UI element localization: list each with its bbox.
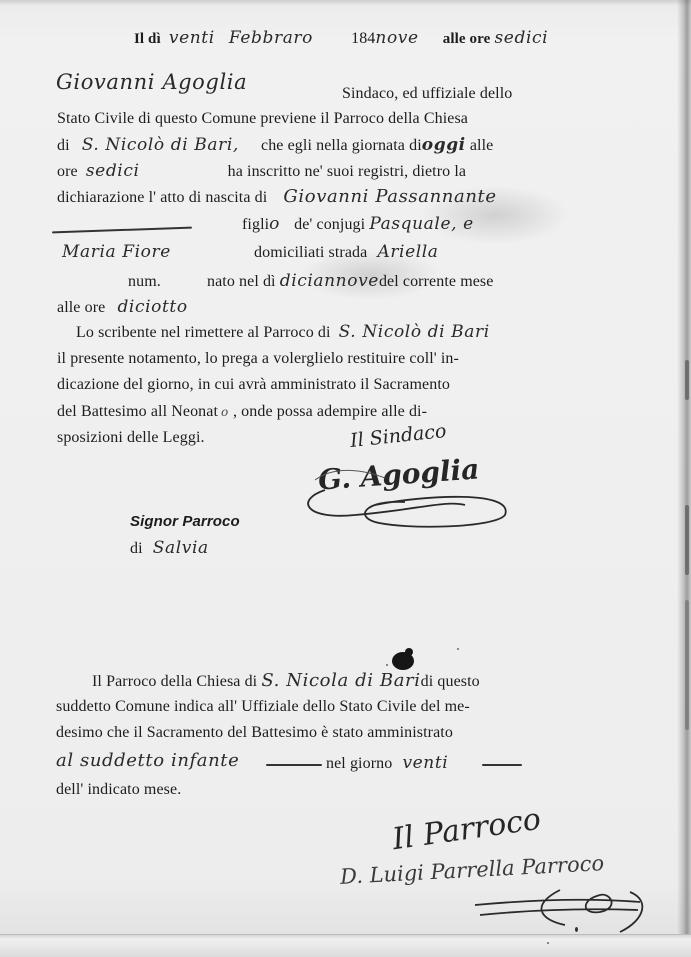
request-handwritten: o bbox=[221, 405, 229, 419]
notice-handwritten: o bbox=[269, 214, 280, 234]
header-year-suffix: nove bbox=[375, 28, 418, 48]
return-text: Il Parroco della Chiesa di bbox=[92, 673, 257, 690]
child-name: Giovanni Passannante bbox=[283, 186, 496, 207]
header-month: Febbraro bbox=[229, 28, 313, 48]
header-date-line: Il dì venti Febbraro 184nove alle ore se… bbox=[134, 28, 548, 49]
request-text: , onde possa adempire alle di- bbox=[233, 403, 427, 420]
notice-text: di bbox=[57, 137, 70, 154]
request-line-2: il presente notamento, lo prega a volerg… bbox=[57, 349, 459, 369]
notice-text: figli bbox=[242, 216, 269, 233]
registration-hour: sedici bbox=[86, 161, 140, 181]
return-line-5: dell' indicato mese. bbox=[56, 780, 181, 800]
return-text: suddetto Comune indica all' Uffiziale de… bbox=[56, 698, 470, 715]
notice-text: alle ore bbox=[57, 299, 105, 316]
mother-name: Maria Fiore bbox=[62, 242, 171, 262]
signature-flourish-icon bbox=[470, 880, 650, 940]
priest-signature-title: Il Parroco bbox=[390, 802, 543, 857]
request-text: Lo scribente nel rimettere al Parroco di bbox=[76, 324, 331, 341]
notice-line-7a: Maria Fiore bbox=[62, 242, 171, 263]
header-hour-label: alle ore bbox=[443, 31, 491, 47]
ink-speck bbox=[386, 664, 388, 666]
header-year-prefix: 184 bbox=[351, 30, 375, 47]
notice-line-5: dichiarazione l' atto di nascita di Giov… bbox=[57, 187, 497, 208]
request-text: il presente notamento, lo prega a volerg… bbox=[57, 350, 459, 367]
dash-stroke bbox=[266, 764, 322, 766]
request-text: dicazione del giorno, in cui avrà ammini… bbox=[57, 376, 450, 393]
header-prefix: Il dì bbox=[134, 31, 161, 47]
page-edge-tear bbox=[685, 600, 689, 730]
request-line-5: sposizioni delle Leggi. bbox=[57, 428, 205, 448]
notice-text: nato nel dì bbox=[207, 273, 276, 290]
scanned-document-page: Il dì venti Febbraro 184nove alle ore se… bbox=[0, 0, 691, 957]
dash-stroke bbox=[52, 227, 192, 234]
notice-text: Stato Civile di questo Comune previene i… bbox=[57, 110, 468, 127]
return-text: nel giorno bbox=[326, 755, 392, 772]
request-text: sposizioni delle Leggi. bbox=[57, 429, 205, 446]
street-name: Ariella bbox=[377, 242, 438, 262]
header-day: venti bbox=[169, 28, 215, 48]
ink-speck bbox=[457, 648, 459, 650]
mayor-name: Giovanni Agoglia bbox=[56, 70, 247, 94]
notice-text: de' conjugi bbox=[294, 216, 365, 233]
request-text: del Battesimo all Neonat bbox=[57, 403, 218, 420]
notice-text: num. bbox=[128, 273, 161, 290]
page-edge-tear bbox=[685, 360, 689, 400]
notice-handwritten: oggi bbox=[422, 135, 466, 155]
return-line-3: desimo che il Sacramento del Battesimo è… bbox=[56, 723, 453, 743]
notice-text: del corrente mese bbox=[379, 273, 494, 290]
page-edge-tear bbox=[685, 505, 689, 575]
notice-text: ore bbox=[57, 163, 78, 180]
notice-text: alle bbox=[470, 137, 494, 154]
return-line-2: suddetto Comune indica all' Uffiziale de… bbox=[56, 697, 470, 717]
return-text: dell' indicato mese. bbox=[56, 781, 181, 798]
return-line-4: al suddetto infante bbox=[56, 751, 239, 772]
addressee-place: Salvia bbox=[153, 538, 209, 558]
return-line-1: Il Parroco della Chiesa di S. Nicola di … bbox=[92, 671, 480, 692]
return-text: desimo che il Sacramento del Battesimo è… bbox=[56, 724, 453, 741]
church-name: S. Nicolò di Bari, bbox=[82, 135, 239, 155]
notice-line-1-tail: Sindaco, ed uffiziale dello bbox=[342, 84, 512, 104]
addressee-di: di bbox=[130, 540, 143, 557]
notice-line-8: num. nato nel dì diciannovedel corrente … bbox=[128, 271, 493, 292]
addressee-line: di Salvia bbox=[130, 538, 209, 559]
birth-hour: diciotto bbox=[117, 297, 187, 317]
church-name: S. Nicolò di Bari bbox=[339, 322, 490, 342]
return-line-4-tail: nel giorno venti bbox=[326, 753, 448, 774]
notice-text: che egli nella giornata di bbox=[261, 137, 422, 154]
mayor-signature-title: Il Sindaco bbox=[349, 420, 447, 452]
notice-text: ha inscritto ne' suoi registri, dietro l… bbox=[228, 163, 466, 180]
ink-blot bbox=[405, 648, 413, 656]
ink-speck bbox=[547, 942, 549, 944]
birth-day: diciannove bbox=[280, 271, 379, 291]
father-name: Pasquale, e bbox=[369, 214, 473, 234]
signature-flourish-icon bbox=[295, 460, 525, 530]
header-hour: sedici bbox=[494, 28, 548, 48]
request-line-4: del Battesimo all Neonato , onde possa a… bbox=[57, 402, 427, 422]
notice-line-6: figlio de' conjugi Pasquale, e bbox=[242, 214, 474, 235]
notice-text: domiciliati strada bbox=[254, 244, 367, 261]
addressee-label: Signor Parroco bbox=[130, 512, 240, 532]
page-edge-shadow bbox=[677, 0, 691, 957]
notice-line-9: alle ore diciotto bbox=[57, 297, 188, 318]
request-line-3: dicazione del giorno, in cui avrà ammini… bbox=[57, 375, 450, 395]
notice-line-4: ore sedici ha inscritto ne' suoi registr… bbox=[57, 161, 466, 182]
notice-text: dichiarazione l' atto di nascita di bbox=[57, 189, 267, 206]
church-name: S. Nicola di Bari bbox=[261, 670, 420, 691]
ink-speck bbox=[575, 927, 578, 932]
request-line-1: Lo scribente nel rimettere al Parroco di… bbox=[76, 322, 490, 343]
notice-line-2: Stato Civile di questo Comune previene i… bbox=[57, 109, 468, 129]
notice-line-1: Giovanni Agoglia bbox=[56, 72, 247, 95]
return-text: di questo bbox=[421, 673, 480, 690]
notice-text: Sindaco, ed uffiziale dello bbox=[342, 85, 512, 102]
notice-line-7: domiciliati strada Ariella bbox=[254, 242, 439, 263]
return-handwritten: al suddetto infante bbox=[56, 750, 239, 771]
dash-stroke bbox=[482, 764, 522, 766]
notice-line-3: di S. Nicolò di Bari, che egli nella gio… bbox=[57, 135, 493, 156]
baptism-day: venti bbox=[402, 753, 448, 773]
